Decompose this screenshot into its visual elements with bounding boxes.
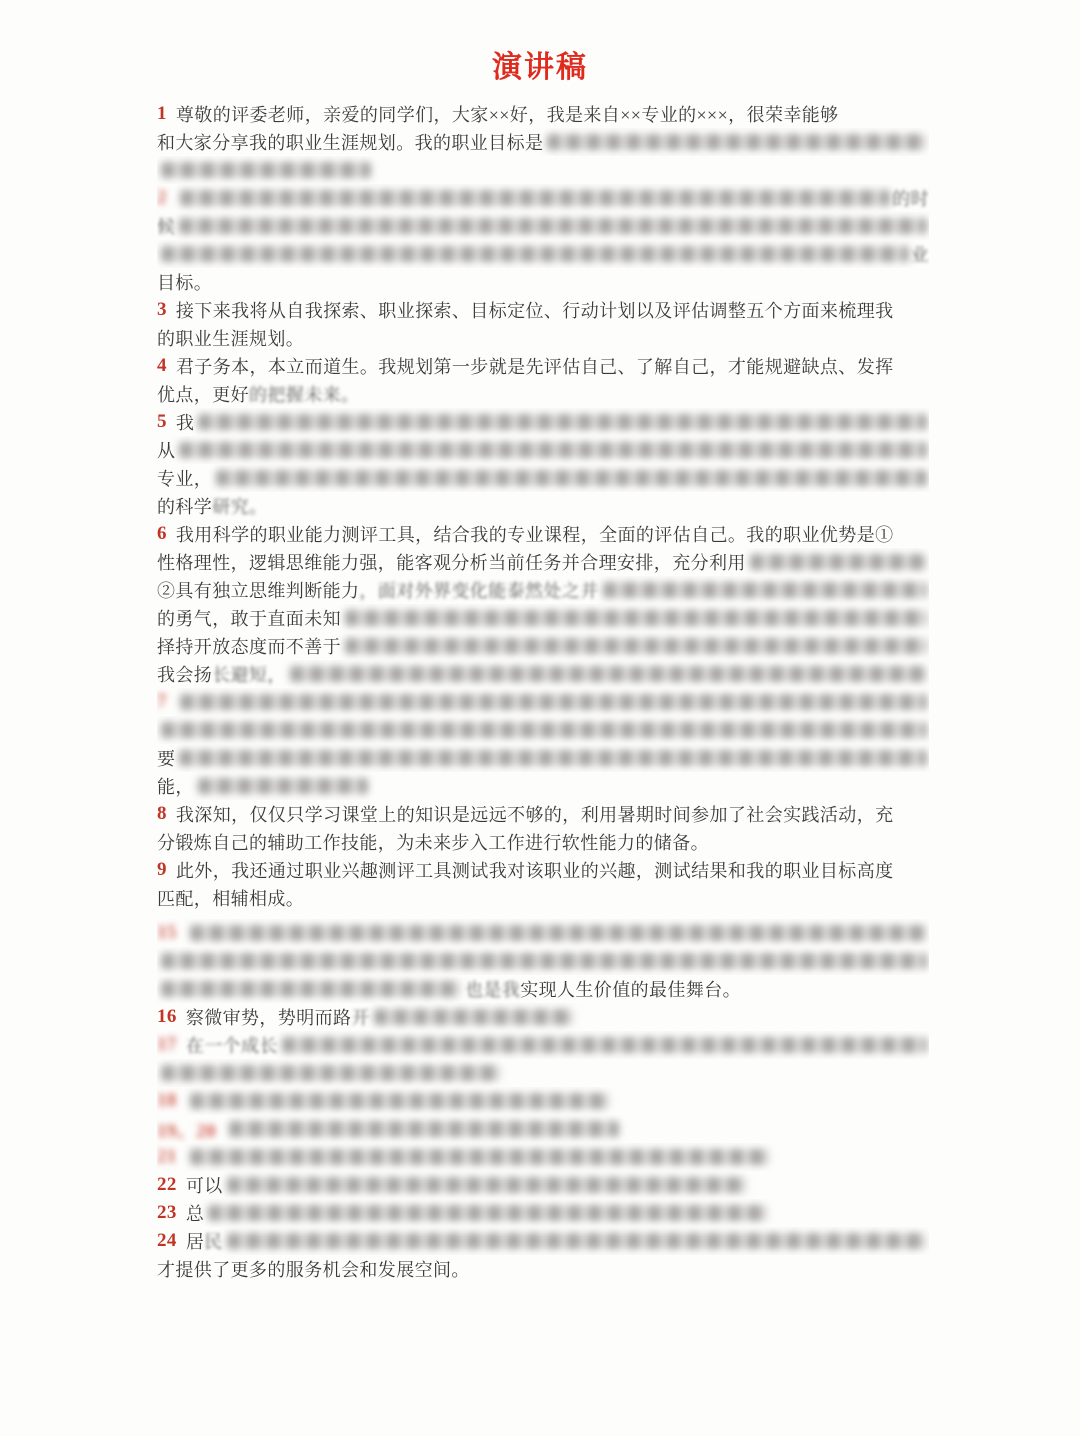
text-line: 1尊敬的评委老师，亲爱的同学们，大家××好，我是来自××专业的×××，很荣幸能够 — [157, 100, 929, 128]
redacted-text — [161, 162, 371, 178]
redacted-text — [190, 925, 927, 941]
redacted-text — [180, 694, 927, 710]
text-line: 从 — [157, 436, 929, 464]
text-run: 我深知，仅仅只学习课堂上的知识是远远不够的，利用暑期时间参加了社会实践活动，充 — [176, 801, 894, 827]
text-run: 从 — [157, 437, 175, 463]
redacted-text — [198, 778, 368, 794]
text-line: 目标。 — [157, 268, 929, 296]
text-line: 才提供了更多的服务机会和发展空间。 — [157, 1255, 929, 1283]
paragraph-23: 23总 — [157, 1199, 929, 1227]
text-line — [157, 1059, 929, 1087]
text-line: 和大家分享我的职业生涯规划。我的职业目标是 — [157, 128, 929, 156]
redacted-text — [282, 1037, 927, 1053]
paragraph-7: 7要能， — [157, 688, 929, 800]
redacted-text — [208, 1205, 768, 1221]
redacted-text — [345, 638, 927, 654]
redacted-text — [179, 750, 927, 766]
text-line: 19、20 — [157, 1115, 929, 1143]
text-line: 我会扬长避短， — [157, 660, 929, 688]
paragraph-21: 21 — [157, 1143, 929, 1171]
text-line: 21 — [157, 1143, 929, 1171]
semi-blurred-text-run: 的时 — [892, 185, 929, 211]
text-line: 18 — [157, 1087, 929, 1115]
redacted-text — [227, 1177, 747, 1193]
text-run: 我会扬 — [157, 661, 212, 687]
text-line: 的科学研究。 — [157, 492, 929, 520]
text-line: 的勇气，敢于直面未知 — [157, 604, 929, 632]
semi-blurred-text-run: 的把握未来。 — [249, 381, 359, 407]
redacted-text — [161, 953, 927, 969]
text-line: 分锻炼自己的辅助工作技能，为未来步入工作进行软性能力的储备。 — [157, 828, 929, 856]
text-run: ②具有独立思维判断能力 — [157, 577, 359, 603]
text-run: 君子务本，本立而道生。我规划第一步就是先评估自己、了解自己，才能规避缺点、发挥 — [176, 353, 894, 379]
para-number: 9 — [157, 859, 167, 881]
text-line: 优点，更好的把握未来。 — [157, 380, 929, 408]
paragraph-6: 6我用科学的职业能力测评工具，结合我的专业课程，全面的评估自己。我的职业优势是①… — [157, 520, 929, 688]
redacted-text — [290, 666, 927, 682]
redacted-text — [179, 442, 927, 458]
text-line: 性格理性，逻辑思维能力强，能客观分析当前任务并合理安排，充分利用 — [157, 548, 929, 576]
text-line: 24居民 — [157, 1227, 929, 1255]
text-line: 3接下来我将从自我探索、职业探索、目标定位、行动计划以及评估调整五个方面来梳理我 — [157, 296, 929, 324]
semi-blurred-text-run: 候 — [157, 213, 175, 239]
redacted-text — [374, 1009, 574, 1025]
text-run: 才提供了更多的服务机会和发展空间。 — [157, 1256, 470, 1282]
semi-blurred-text-run: 民 — [204, 1228, 222, 1254]
text-line — [157, 156, 929, 184]
para-number: 4 — [157, 355, 167, 377]
redacted-text — [161, 981, 461, 997]
text-run: 优点，更好 — [157, 381, 249, 407]
para-number: 6 — [157, 523, 167, 545]
semi-blurred-text-run: 研究。 — [212, 493, 267, 519]
text-line: 5我 — [157, 408, 929, 436]
paragraph-1: 1尊敬的评委老师，亲爱的同学们，大家××好，我是来自××专业的×××，很荣幸能够… — [157, 100, 929, 184]
text-run: 匹配，相辅相成。 — [157, 885, 304, 911]
text-line: 能， — [157, 772, 929, 800]
paragraph-5: 5我从专业，的科学研究。 — [157, 408, 929, 520]
text-line: 专业， — [157, 464, 929, 492]
text-run: 的勇气，敢于直面未知 — [157, 605, 341, 631]
paragraph-8: 8我深知，仅仅只学习课堂上的知识是远远不够的，利用暑期时间参加了社会实践活动，充… — [157, 800, 929, 856]
redacted-text — [190, 1093, 610, 1109]
redacted-text — [547, 134, 927, 150]
redacted-text — [161, 246, 909, 262]
text-run: 此外，我还通过职业兴趣测评工具测试我对该职业的兴趣，测试结果和我的职业目标高度 — [176, 857, 894, 883]
text-run: 尊敬的评委老师，亲爱的同学们，大家××好，我是来自××专业的×××，很荣幸能够 — [176, 101, 839, 127]
para-number: 3 — [157, 299, 167, 321]
para-number: 16 — [157, 1006, 177, 1028]
text-run: 分锻炼自己的辅助工作技能，为未来步入工作进行软性能力的储备。 — [157, 829, 709, 855]
text-run: 专业， — [157, 465, 212, 491]
text-run: 接下来我将从自我探索、职业探索、目标定位、行动计划以及评估调整五个方面来梳理我 — [176, 297, 894, 323]
paragraph-15: 15也是我实现人生价值的最佳舞台。 — [157, 919, 929, 1003]
text-line — [157, 947, 929, 975]
text-line: 2的时 — [157, 184, 929, 212]
semi-blurred-text-run: 长避短， — [212, 661, 286, 687]
semi-blurred-text-run: 也是我 — [465, 976, 520, 1002]
redacted-text — [229, 1121, 619, 1137]
semi-blurred-text-run: 开 — [351, 1004, 369, 1030]
document-body: 1尊敬的评委老师，亲爱的同学们，大家××好，我是来自××专业的×××，很荣幸能够… — [157, 100, 929, 1283]
text-line: 7 — [157, 688, 929, 716]
text-run: 的科学 — [157, 493, 212, 519]
para-number: 7 — [157, 691, 167, 713]
text-run: 目标。 — [157, 269, 212, 295]
text-line: 6我用科学的职业能力测评工具，结合我的专业课程，全面的评估自己。我的职业优势是① — [157, 520, 929, 548]
speech-document-page: 演讲稿 1尊敬的评委老师，亲爱的同学们，大家××好，我是来自××专业的×××，很… — [0, 0, 1080, 1436]
text-run: 的职业生涯规划。 — [157, 325, 304, 351]
text-run: 实现人生价值的最佳舞台。 — [520, 976, 741, 1002]
para-number: 21 — [157, 1146, 177, 1168]
para-number: 8 — [157, 803, 167, 825]
redacted-text — [216, 470, 927, 486]
para-number: 24 — [157, 1230, 177, 1252]
paragraph-9: 9此外，我还通过职业兴趣测评工具测试我对该职业的兴趣，测试结果和我的职业目标高度… — [157, 856, 929, 912]
text-line: 16察微审势，势明而路开 — [157, 1003, 929, 1031]
text-run: 总 — [186, 1200, 204, 1226]
paragraph-2: 2的时候业目标。 — [157, 184, 929, 296]
redacted-text — [161, 722, 927, 738]
para-number: 18 — [157, 1090, 177, 1112]
text-line: 要 — [157, 744, 929, 772]
redacted-text — [190, 1149, 770, 1165]
para-number: 2 — [157, 187, 167, 209]
text-line: 候 — [157, 212, 929, 240]
text-run: 我用科学的职业能力测评工具，结合我的专业课程，全面的评估自己。我的职业优势是① — [176, 521, 894, 547]
redacted-text — [603, 582, 927, 598]
text-line: 17在一个成长 — [157, 1031, 929, 1059]
document-title: 演讲稿 — [0, 0, 1080, 86]
paragraph-4: 4君子务本，本立而道生。我规划第一步就是先评估自己、了解自己，才能规避缺点、发挥… — [157, 352, 929, 408]
paragraph-18: 18 — [157, 1087, 929, 1115]
text-run: 察微审势，势明而路 — [186, 1004, 352, 1030]
text-run: 可以 — [186, 1172, 223, 1198]
text-line: 匹配，相辅相成。 — [157, 884, 929, 912]
para-number: 15 — [157, 922, 177, 944]
para-number: 23 — [157, 1202, 177, 1224]
paragraph-17: 17在一个成长 — [157, 1031, 929, 1087]
text-line: 8我深知，仅仅只学习课堂上的知识是远远不够的，利用暑期时间参加了社会实践活动，充 — [157, 800, 929, 828]
redacted-text — [750, 554, 927, 570]
text-run: 我 — [176, 409, 194, 435]
redacted-text — [227, 1233, 927, 1249]
redacted-text — [179, 218, 927, 234]
redacted-text — [180, 190, 890, 206]
text-line: 23总 — [157, 1199, 929, 1227]
redacted-text — [198, 414, 927, 430]
paragraph-19、20: 19、20 — [157, 1115, 929, 1143]
text-run: 和大家分享我的职业生涯规划。我的职业目标是 — [157, 129, 543, 155]
text-line: 9此外，我还通过职业兴趣测评工具测试我对该职业的兴趣，测试结果和我的职业目标高度 — [157, 856, 929, 884]
paragraph-3: 3接下来我将从自我探索、职业探索、目标定位、行动计划以及评估调整五个方面来梳理我… — [157, 296, 929, 352]
paragraph-22: 22可以 — [157, 1171, 929, 1199]
para-number: 1 — [157, 103, 167, 125]
para-number: 22 — [157, 1174, 177, 1196]
semi-blurred-text-run: ，面对外界变化能泰然处之并 — [359, 577, 598, 603]
text-run: 能， — [157, 773, 194, 799]
text-run: 居 — [186, 1228, 204, 1254]
text-line: 22可以 — [157, 1171, 929, 1199]
text-line: 15 — [157, 919, 929, 947]
text-line: ②具有独立思维判断能力，面对外界变化能泰然处之并 — [157, 576, 929, 604]
para-number: 5 — [157, 411, 167, 433]
para-number: 17 — [157, 1034, 177, 1056]
paragraph-16: 16察微审势，势明而路开 — [157, 1003, 929, 1031]
text-line: 业 — [157, 240, 929, 268]
text-line — [157, 716, 929, 744]
semi-blurred-text-run: 业 — [911, 241, 929, 267]
text-line: 也是我实现人生价值的最佳舞台。 — [157, 975, 929, 1003]
redacted-text — [161, 1065, 501, 1081]
text-run: 要 — [157, 745, 175, 771]
redacted-text — [345, 610, 927, 626]
semi-blurred-text-run: 在一个成长 — [186, 1032, 278, 1058]
text-line: 4君子务本，本立而道生。我规划第一步就是先评估自己、了解自己，才能规避缺点、发挥 — [157, 352, 929, 380]
text-run: 择持开放态度而不善于 — [157, 633, 341, 659]
text-line: 的职业生涯规划。 — [157, 324, 929, 352]
text-line: 择持开放态度而不善于 — [157, 632, 929, 660]
paragraph-24: 24居民才提供了更多的服务机会和发展空间。 — [157, 1227, 929, 1283]
para-number: 19、20 — [157, 1116, 216, 1143]
text-run: 性格理性，逻辑思维能力强，能客观分析当前任务并合理安排，充分利用 — [157, 549, 746, 575]
